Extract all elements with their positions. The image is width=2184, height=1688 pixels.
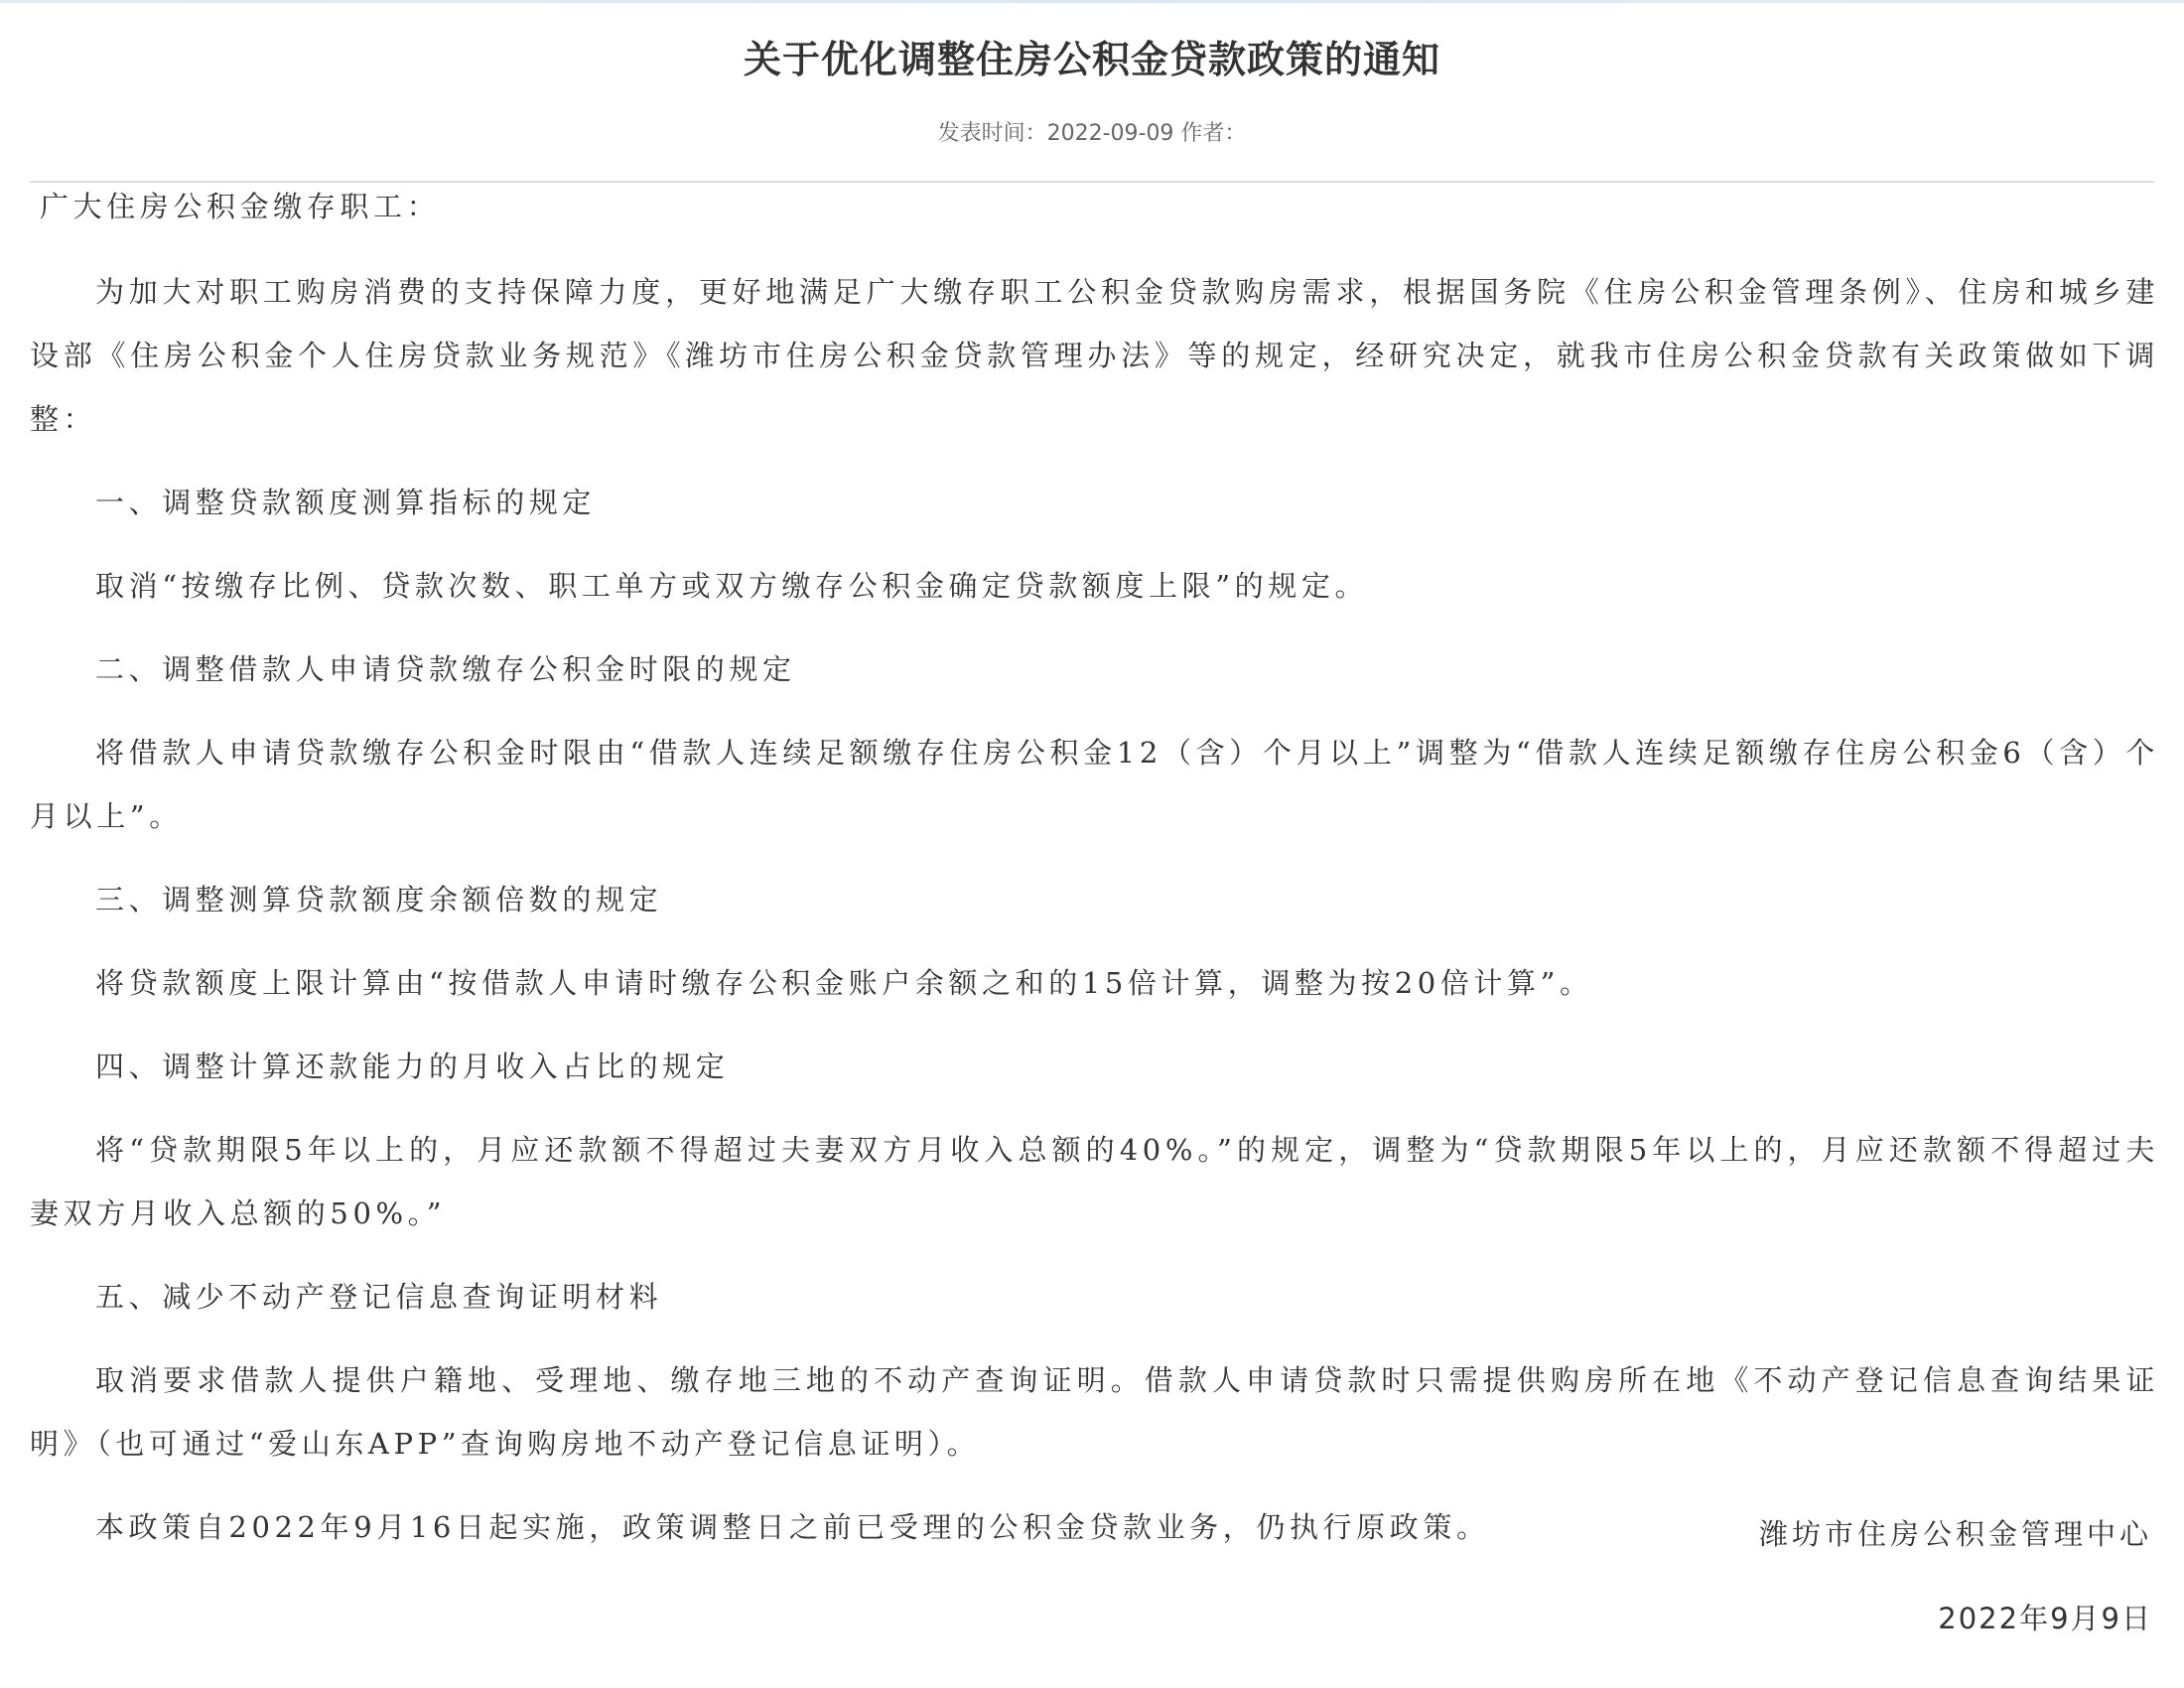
top-border-strip [0,0,2184,3]
section-heading-5: 五、减少不动产登记信息查询证明材料 [30,1265,2159,1329]
publish-time-label: 发表时间： [938,121,1047,146]
section-text-5: 取消要求借款人提供户籍地、受理地、缴存地三地的不动产查询证明。借款人申请贷款时只… [30,1348,2159,1476]
section-heading-2: 二、调整借款人申请贷款缴存公积金时限的规定 [30,637,2159,701]
section-heading-4: 四、调整计算还款能力的月收入占比的规定 [30,1035,2159,1098]
section-text-1: 取消“按缴存比例、贷款次数、职工单方或双方缴存公积金确定贷款额度上限”的规定。 [30,554,2159,618]
header-divider [30,181,2154,183]
salutation: 广大住房公积金缴存职工： [30,187,2159,226]
section-heading-3: 三、调整测算贷款额度余额倍数的规定 [30,868,2159,931]
section-text-3: 将贷款额度上限计算由“按借款人申请时缴存公积金账户余额之和的15倍计算，调整为按… [30,951,2159,1015]
publish-date: 2022-09-09 [1047,121,1174,146]
signature-organization: 潍坊市住房公积金管理中心 [1358,1514,2152,1554]
article-meta: 发表时间：2022-09-09 作者： [0,119,2184,149]
section-heading-1: 一、调整贷款额度测算指标的规定 [30,471,2159,534]
section-text-4: 将“贷款期限5年以上的，月应还款额不得超过夫妻双方月收入总额的40%。”的规定，… [30,1118,2159,1245]
article-body: 广大住房公积金缴存职工： 为加大对职工购房消费的支持保障力度，更好地满足广大缴存… [30,187,2159,1559]
signature-date: 2022年9月9日 [1358,1599,2152,1638]
page-title: 关于优化调整住房公积金贷款政策的通知 [0,36,2184,83]
section-text-2: 将借款人申请贷款缴存公积金时限由“借款人连续足额缴存住房公积金12（含）个月以上… [30,721,2159,848]
intro-paragraph: 为加大对职工购房消费的支持保障力度，更好地满足广大缴存职工公积金贷款购房需求，根… [30,260,2159,451]
author-label: 作者： [1173,121,1246,146]
